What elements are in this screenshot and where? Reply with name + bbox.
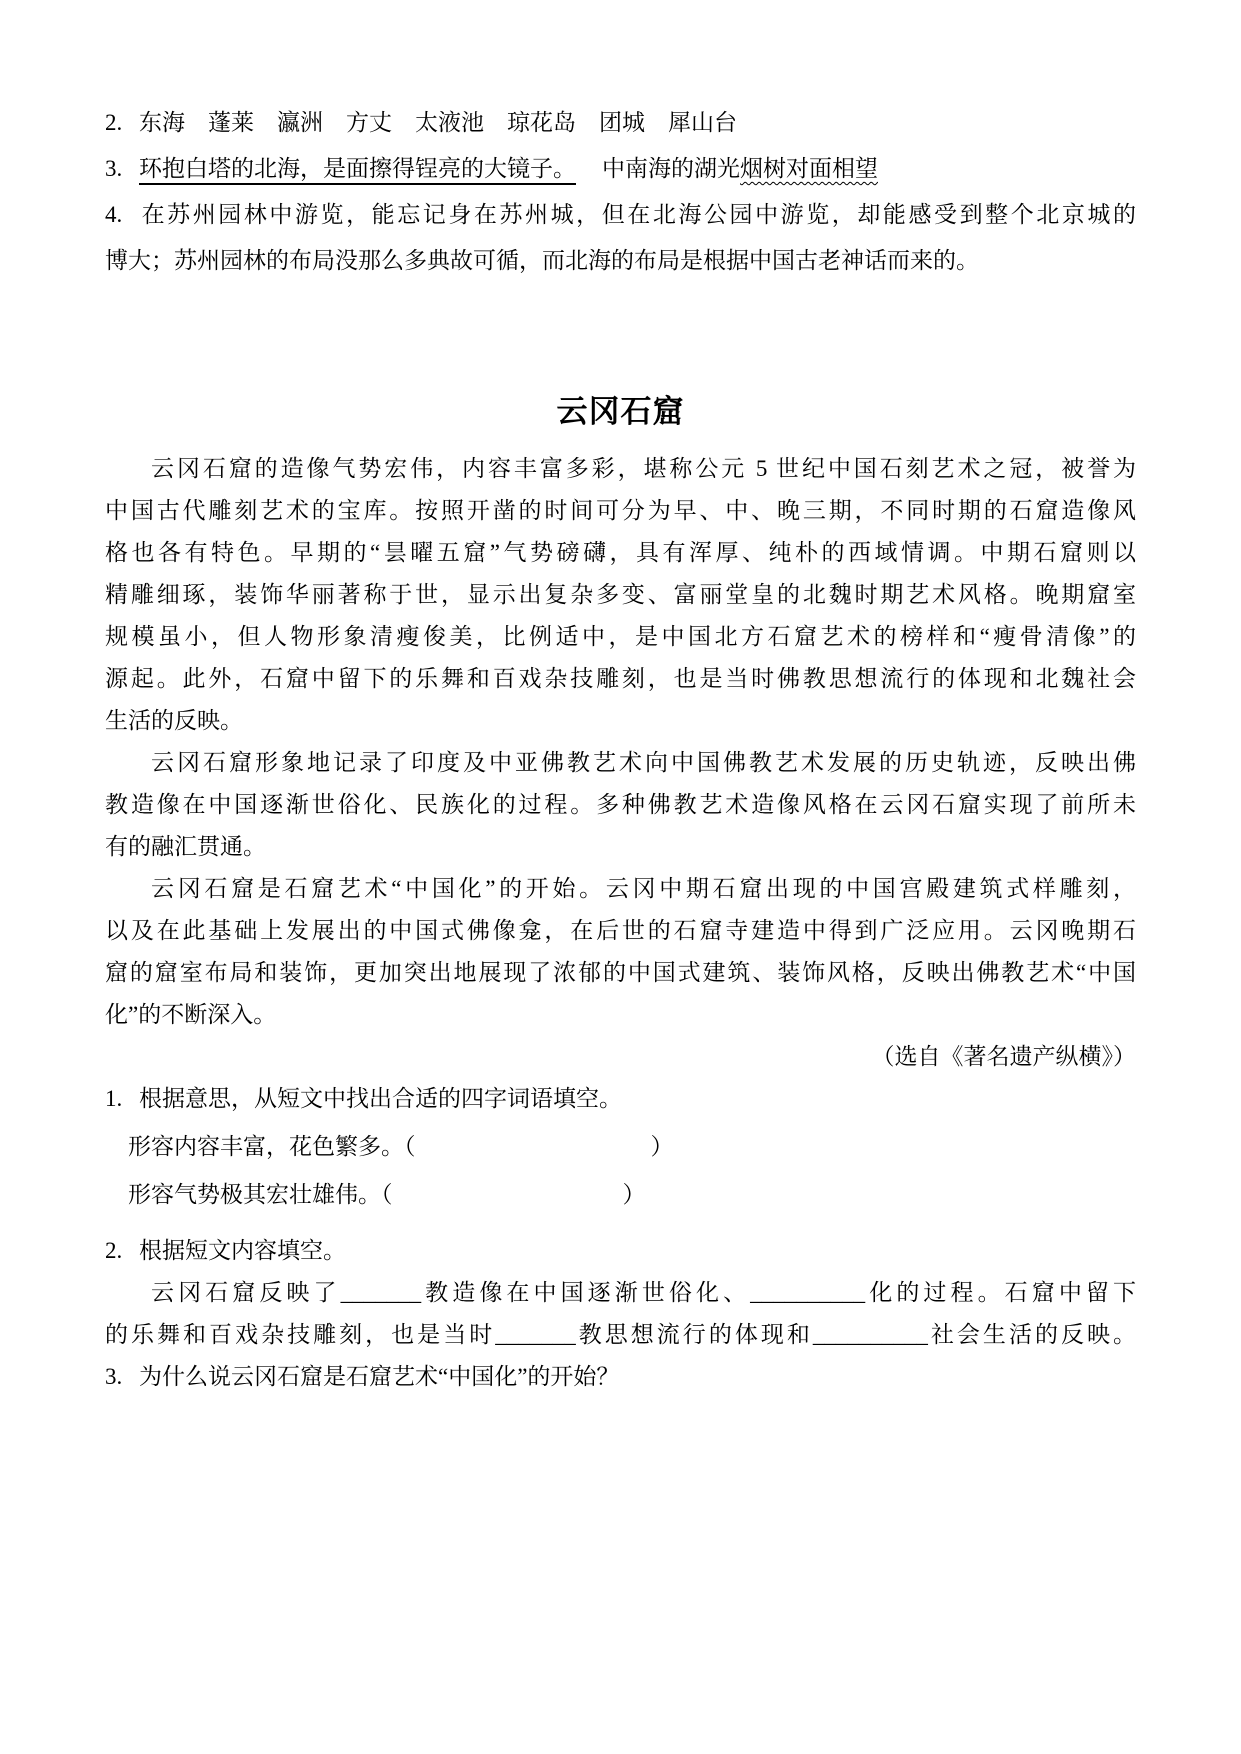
article-title: 云冈石窟	[105, 390, 1136, 434]
question-1-blank-line-b: 形容气势极其宏壮雄伟。（）	[105, 1174, 1136, 1216]
list-item-4-line-2: 博大；苏州园林的布局没那么多典故可循，而北海的布局是根据中国古老神话而来的。	[105, 238, 1136, 284]
question-1-prompt: 根据意思，从短文中找出合适的四字词语填空。	[139, 1086, 622, 1111]
question-1: 1.根据意思，从短文中找出合适的四字词语填空。	[105, 1078, 1136, 1120]
blank-b-close: ）	[623, 1182, 646, 1207]
question-2-fill-line-1: 云冈石窟反映了_______教造像在中国逐渐世俗化、__________化的过程…	[105, 1272, 1136, 1314]
question-2-fill-line-2: 的乐舞和百戏杂技雕刻，也是当时_______教思想流行的体现和_________…	[105, 1314, 1136, 1356]
article-p1-line: 中国古代雕刻艺术的宝库。按照开凿的时间可分为早、中、晚三期，不同时期的石窟造像风	[105, 490, 1136, 532]
worksheet-page: 2.东海 蓬莱 瀛洲 方丈 太液池 琼花岛 团城 犀山台 3.环抱白塔的北海，是…	[0, 0, 1241, 1754]
question-2: 2.根据短文内容填空。	[105, 1230, 1136, 1272]
article-p3-line: 化”的不断深入。	[105, 994, 1136, 1036]
list-item-4-line-1: 4.在苏州园林中游览，能忘记身在苏州城，但在北海公园中游览，却能感受到整个北京城…	[105, 192, 1136, 238]
question-2-number: 2.	[105, 1230, 139, 1272]
question-1-number: 1.	[105, 1078, 139, 1120]
item-3-number: 3.	[105, 146, 139, 192]
question-2-prompt: 根据短文内容填空。	[139, 1238, 346, 1263]
article-p1-line: 生活的反映。	[105, 700, 1136, 742]
item-3-plain-text: 中南海的湖光	[602, 156, 740, 181]
question-3-prompt: 为什么说云冈石窟是石窟艺术“中国化”的开始？	[139, 1364, 619, 1389]
list-item-3: 3.环抱白塔的北海，是面擦得锃亮的大镜子。中南海的湖光烟树对面相望	[105, 146, 1136, 192]
blank-a-label: 形容内容丰富，花色繁多。（	[128, 1134, 416, 1159]
blank-a-close: ）	[651, 1134, 674, 1159]
article-p1-line: 格也各有特色。早期的“昙曜五窟”气势磅礴，具有浑厚、纯朴的西域情调。中期石窟则以	[105, 532, 1136, 574]
article-p3-line: 云冈石窟是石窟艺术“中国化”的开始。云冈中期石窟出现的中国宫殿建筑式样雕刻，	[105, 868, 1136, 910]
question-3: 3.为什么说云冈石窟是石窟艺术“中国化”的开始？	[105, 1356, 1136, 1398]
article-p3-line: 以及在此基础上发展出的中国式佛像龛，在后世的石窟寺建造中得到广泛应用。云冈晚期石	[105, 910, 1136, 952]
item-2-text: 东海 蓬莱 瀛洲 方丈 太液池 琼花岛 团城 犀山台	[139, 110, 737, 135]
article-p1-line: 云冈石窟的造像气势宏伟，内容丰富多彩，堪称公元 5 世纪中国石刻艺术之冠，被誉为	[105, 448, 1136, 490]
article-attribution: （选自《著名遗产纵横》）	[105, 1036, 1136, 1078]
blank-b-label: 形容气势极其宏壮雄伟。（	[128, 1182, 393, 1207]
article-p2-line: 教造像在中国逐渐世俗化、民族化的过程。多种佛教艺术造像风格在云冈石窟实现了前所未	[105, 784, 1136, 826]
item-4-number: 4.	[105, 192, 139, 238]
article-p1-line: 源起。此外，石窟中留下的乐舞和百戏杂技雕刻，也是当时佛教思想流行的体现和北魏社会	[105, 658, 1136, 700]
article-p1-line: 精雕细琢，装饰华丽著称于世，显示出复杂多变、富丽堂皇的北魏时期艺术风格。晚期窟室	[105, 574, 1136, 616]
item-3-wavy-underlined-text: 烟树对面相望	[740, 156, 878, 181]
article-p3-line: 窟的窟室布局和装饰，更加突出地展现了浓郁的中国式建筑、装饰风格，反映出佛教艺术“…	[105, 952, 1136, 994]
item-4-text-1: 在苏州园林中游览，能忘记身在苏州城，但在北海公园中游览，却能感受到整个北京城的	[139, 202, 1136, 227]
item-3-underlined-text: 环抱白塔的北海，是面擦得锃亮的大镜子。	[139, 156, 576, 181]
question-3-number: 3.	[105, 1356, 139, 1398]
list-item-2: 2.东海 蓬莱 瀛洲 方丈 太液池 琼花岛 团城 犀山台	[105, 100, 1136, 146]
item-2-number: 2.	[105, 100, 139, 146]
article-p2-line: 有的融汇贯通。	[105, 826, 1136, 868]
article-p1-line: 规模虽小，但人物形象清瘦俊美，比例适中，是中国北方石窟艺术的榜样和“瘦骨清像”的	[105, 616, 1136, 658]
article-p2-line: 云冈石窟形象地记录了印度及中亚佛教艺术向中国佛教艺术发展的历史轨迹，反映出佛	[105, 742, 1136, 784]
question-1-blank-line-a: 形容内容丰富，花色繁多。（）	[105, 1126, 1136, 1168]
